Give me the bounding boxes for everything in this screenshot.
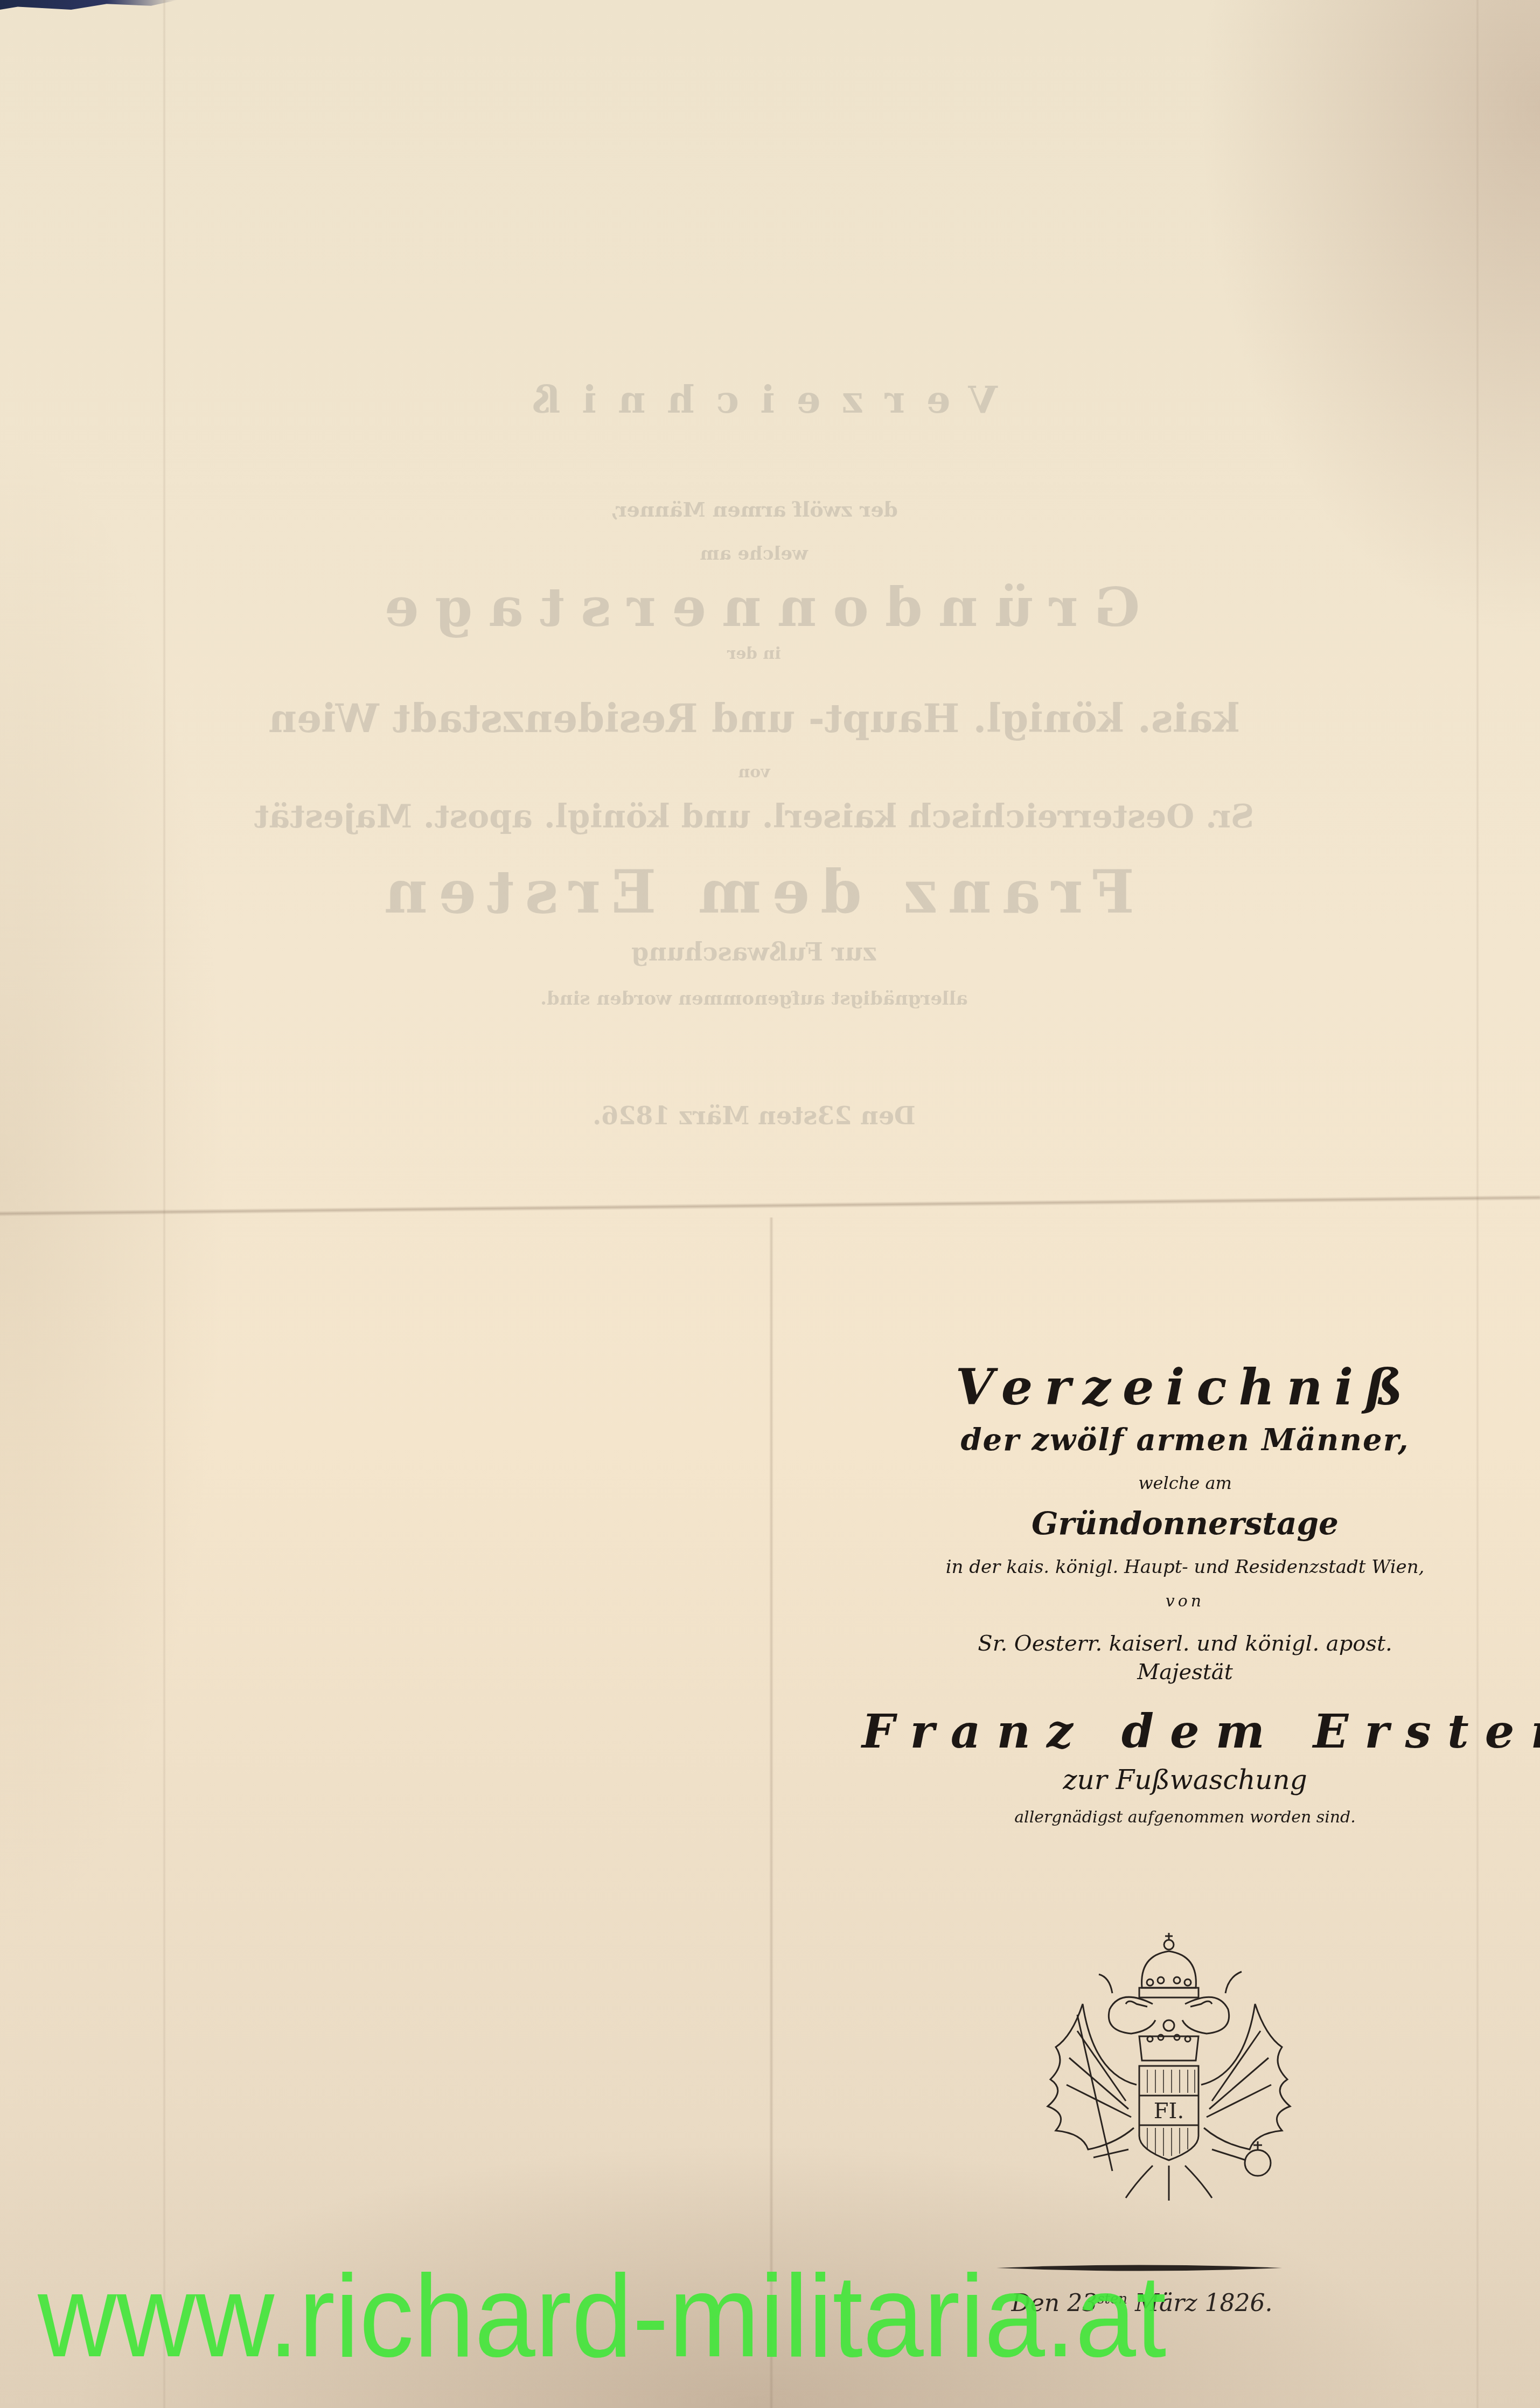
ghost-line: zur Fußwaschung: [162, 937, 1347, 966]
ghost-line: Franz dem Ersten: [162, 857, 1347, 927]
text-line: welche am: [862, 1470, 1508, 1497]
bleed-through-text: Verzeichniß der zwölf armen Männer, welc…: [162, 377, 1347, 1130]
ghost-line: kais. königl. Haupt- und Residenzstadt W…: [162, 695, 1347, 741]
ghost-line: in der: [162, 644, 1347, 663]
text-line: von: [862, 1588, 1508, 1615]
double-headed-eagle-crest-icon: FI.: [1018, 1923, 1320, 2203]
fold-line-right: [1476, 0, 1479, 2408]
heading-gruendonnerstage: Gründonnerstage: [862, 1503, 1508, 1544]
ghost-line: allergnädigst aufgenommen worden sind.: [162, 988, 1347, 1010]
website-watermark: www.richard-militaria.at: [38, 2257, 1420, 2376]
ghost-line: Verzeichniß: [162, 377, 1347, 422]
ghost-line: Sr. Oesterreichisch kaiserl. und königl.…: [162, 798, 1347, 836]
text-line: allergnädigst aufgenommen worden sind.: [862, 1805, 1508, 1831]
text-line: Sr. Oesterr. kaiserl. und königl. apost.: [862, 1629, 1508, 1658]
document-subtitle: der zwölf armen Männer,: [862, 1421, 1508, 1459]
ghost-line: Den 23sten März 1826.: [162, 1101, 1347, 1130]
text-line: Majestät: [862, 1658, 1508, 1686]
ghost-line: von: [162, 763, 1347, 782]
fold-line-vertical: [769, 1217, 774, 2408]
heading-emperor-name: Franz dem Ersten: [862, 1702, 1508, 1762]
fold-line-left: [163, 0, 166, 2408]
printed-text-block: Verzeichniß der zwölf armen Männer, welc…: [862, 1358, 1508, 1831]
ghost-line: der zwölf armen Männer,: [162, 497, 1347, 521]
fold-line-horizontal: [0, 1195, 1540, 1216]
text-line: zur Fußwaschung: [862, 1762, 1508, 1798]
text-line: in der kais. königl. Haupt- und Residenz…: [862, 1554, 1508, 1581]
document-title: Verzeichniß: [862, 1358, 1508, 1417]
ghost-line: welche am: [162, 543, 1347, 565]
scan-background-corner: [0, 0, 178, 10]
ghost-line: Gründonnerstage: [162, 575, 1347, 639]
document-page: Verzeichniß der zwölf armen Männer, welc…: [0, 0, 1540, 2408]
crest-monogram: FI.: [1154, 2099, 1184, 2124]
